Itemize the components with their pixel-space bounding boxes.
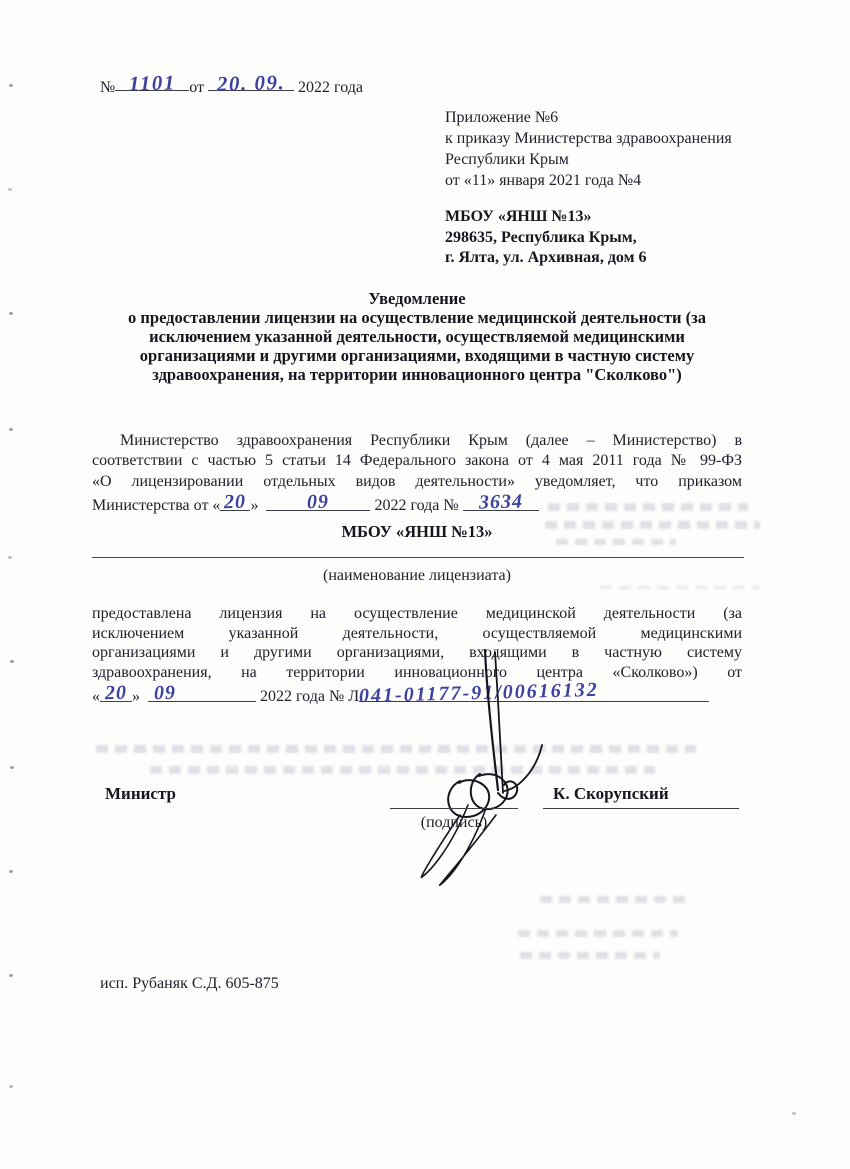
appendix-line: Республики Крым	[445, 149, 732, 170]
scan-dot	[9, 312, 13, 315]
order-close-quote: »	[250, 497, 258, 514]
order-prefix: Министерства от «	[92, 497, 220, 514]
appendix-line: Приложение №6	[445, 107, 732, 128]
scan-dot	[792, 1112, 796, 1115]
title-line: организациями и другими организациями, в…	[92, 347, 742, 366]
scan-dot	[9, 870, 13, 873]
scan-dot	[8, 188, 12, 191]
license-day-handwritten: 20	[105, 682, 128, 706]
reference-line: №1101от 20. 09. 2022 года	[100, 73, 363, 97]
title-line: о предоставлении лицензии на осуществлен…	[92, 309, 742, 328]
paragraph-line: исключением указанной деятельности, осущ…	[92, 624, 742, 644]
licensee-rule	[92, 557, 744, 558]
recipient-name: МБОУ «ЯНШ №13»	[445, 207, 647, 228]
scan-dot	[9, 428, 13, 431]
order-number-blank: 3634	[463, 493, 539, 511]
executor-line: исп. Рубаняк С.Д. 605-875	[100, 975, 279, 993]
paragraph-line: Министерство здравоохранения Республики …	[92, 431, 742, 451]
licensee-name: МБОУ «ЯНШ №13»	[92, 522, 742, 542]
recipient-address: г. Ялта, ул. Архивная, дом 6	[445, 248, 647, 269]
scanned-document-page: №1101от 20. 09. 2022 года Приложение №6 …	[0, 0, 850, 1169]
signer-position: Министр	[105, 784, 176, 804]
license-day-blank: 20	[100, 684, 132, 702]
appendix-line: от «11» января 2021 года №4	[445, 170, 732, 191]
signature-ink	[398, 643, 568, 898]
bleed-through-artifact	[520, 952, 660, 959]
paragraph-line: предоставлена лицензия на осуществление …	[92, 604, 742, 624]
ref-date-blank: 20. 09.	[208, 73, 294, 91]
scan-dot	[9, 84, 13, 87]
ref-no-label: №	[100, 79, 115, 96]
scan-dot	[9, 974, 13, 977]
title-heading: Уведомление	[92, 290, 742, 309]
title-line: здравоохранения, на территории инновацио…	[92, 366, 742, 385]
license-month-handwritten: 09	[154, 682, 177, 706]
license-year-part: 2022 года № Л	[260, 688, 359, 705]
bleed-through-artifact	[96, 745, 696, 753]
license-close-quote: »	[132, 688, 140, 705]
order-day-handwritten: 20	[224, 491, 247, 515]
license-month-blank: 09	[148, 684, 256, 702]
title-line: исключением указанной деятельности, осущ…	[92, 328, 742, 347]
signer-name: К. Скорупский	[553, 784, 669, 804]
document-title: Уведомление о предоставлении лицензии на…	[92, 290, 742, 385]
paragraph-line: соответствии с частью 5 статьи 14 Федера…	[92, 451, 742, 471]
paragraph-line: «О лицензировании отдельных видов деятел…	[92, 472, 742, 492]
signature-line	[390, 808, 518, 809]
bleed-through-artifact	[518, 930, 678, 937]
ref-number-handwritten: 1101	[129, 70, 176, 96]
order-year-part: 2022 года №	[374, 497, 458, 514]
recipient-block: МБОУ «ЯНШ №13» 298635, Республика Крым, …	[445, 207, 647, 269]
order-day-blank: 20	[220, 493, 250, 511]
order-number-handwritten: 3634	[478, 490, 523, 514]
ref-ot-label: от	[189, 79, 204, 96]
order-month-blank: 09	[266, 493, 370, 511]
licensee-caption: (наименование лицензиата)	[92, 567, 742, 585]
scan-dot	[8, 556, 12, 559]
signer-name-line	[543, 808, 739, 809]
scan-dot	[9, 1085, 13, 1088]
appendix-line: к приказу Министерства здравоохранения	[445, 128, 732, 149]
signature-caption: (подпись)	[390, 814, 518, 832]
scan-dot	[10, 766, 14, 769]
ref-year-label: 2022 года	[298, 79, 363, 96]
ref-number-blank: 1101	[115, 73, 189, 91]
license-open-quote: «	[92, 688, 100, 705]
scan-dot	[10, 660, 14, 663]
order-date-line: Министерства от «20» 09 2022 года № 3634	[92, 493, 742, 515]
paragraph-intro: Министерство здравоохранения Республики …	[92, 431, 742, 515]
appendix-block: Приложение №6 к приказу Министерства здр…	[445, 107, 732, 191]
order-month-handwritten: 09	[307, 491, 330, 515]
ref-date-handwritten: 20. 09.	[217, 70, 286, 97]
recipient-postal: 298635, Республика Крым,	[445, 228, 647, 249]
bleed-through-artifact	[600, 586, 760, 589]
